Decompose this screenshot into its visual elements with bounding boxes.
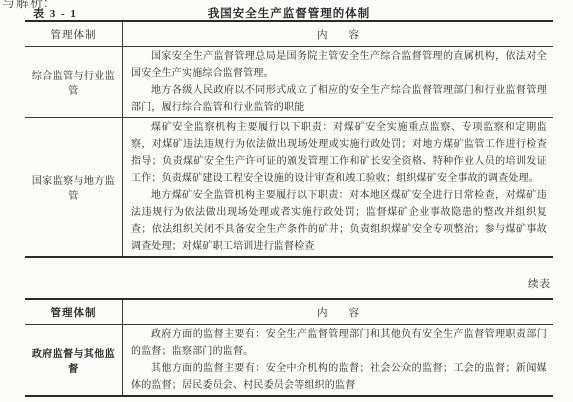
header-category: 管理体制 [25,300,123,324]
continued-table-label: 续表 [25,258,553,298]
header-content: 内 容 [123,22,553,46]
table-row: 国家监察与地方监管 煤矿安全监察机构主要履行以下职责：对煤矿安全实施重点监察、专… [25,118,553,256]
table-main-header-row: 管理体制 内 容 [25,22,553,47]
row-content: 煤矿安全监察机构主要履行以下职责：对煤矿安全实施重点监察、专项监察和定期监察，对… [123,118,553,256]
page-body: 表 3 - 1 我国安全生产监督管理的体制 管理体制 内 容 综合监管与行业监管… [0,0,573,402]
content-paragraph: 煤矿安全监察机构主要履行以下职责：对煤矿安全实施重点监察、专项监察和定期监察，对… [131,119,547,187]
row-content: 政府方面的监督主要有：安全生产监督管理部门和其他负有安全生产监督管理职责部门的监… [123,325,553,395]
row-category: 国家监察与地方监管 [25,118,123,256]
table-main: 管理体制 内 容 综合监管与行业监管 国家安全生产监督管理总局是国务院主管安全生… [25,20,553,258]
content-paragraph: 政府方面的监督主要有：安全生产监督管理部门和其他负有安全生产监督管理职责部门的监… [131,326,547,360]
content-paragraph: 地方煤矿安全监管机构主要履行以下职责：对本地区煤矿安全进行日常检查，对煤矿违法违… [131,187,547,255]
table-caption: 表 3 - 1 我国安全生产监督管理的体制 [25,0,553,20]
scanned-page: { "page": { "top_clipped_text": "与解析:", … [0,0,573,402]
row-category: 政府监督与其他监督 [25,325,123,395]
table-title: 我国安全生产监督管理的体制 [25,0,553,21]
row-content: 国家安全生产监督管理总局是国务院主管安全生产综合监督管理的直属机构，依法对全国安… [123,47,553,117]
table-row: 政府监督与其他监督 政府方面的监督主要有：安全生产监督管理部门和其他负有安全生产… [25,325,553,395]
content-paragraph: 国家安全生产监督管理总局是国务院主管安全生产综合监督管理的直属机构，依法对全国安… [131,48,547,82]
table-row: 综合监管与行业监管 国家安全生产监督管理总局是国务院主管安全生产综合监督管理的直… [25,47,553,118]
header-category: 管理体制 [25,22,123,46]
header-content: 内 容 [123,300,553,324]
content-paragraph: 地方各级人民政府以不同形式成立了相应的安全生产综合监督管理部门和行业监督管理部门… [131,82,547,116]
content-paragraph: 其他方面的监督主要有：安全中介机构的监督；社会公众的监督；工会的监督；新闻媒体的… [131,360,547,394]
table-continued: 管理体制 内 容 政府监督与其他监督 政府方面的监督主要有：安全生产监督管理部门… [25,298,553,397]
table-continued-header-row: 管理体制 内 容 [25,300,553,325]
row-category: 综合监管与行业监管 [25,47,123,117]
table-number: 表 3 - 1 [33,5,77,21]
